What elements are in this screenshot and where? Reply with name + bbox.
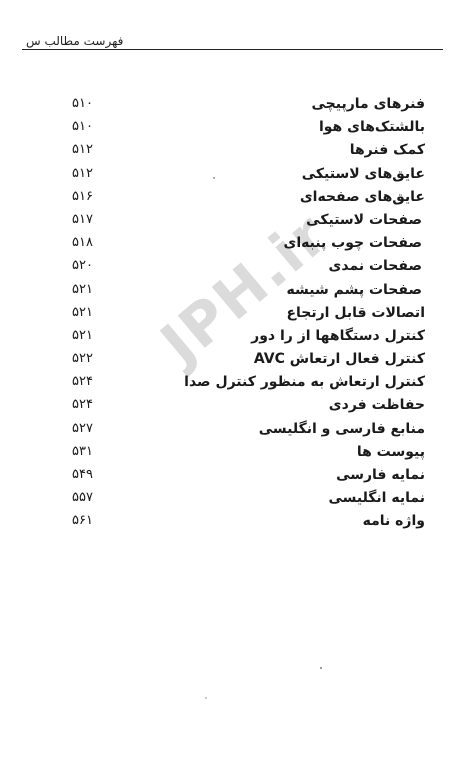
scan-speck bbox=[213, 177, 215, 179]
toc-entry[interactable]: عایق‌های لاستیکی ۵۱۲ bbox=[0, 164, 465, 187]
toc-entry[interactable]: صفحات نمدی ۵۲۰ bbox=[0, 256, 465, 279]
scan-speck bbox=[320, 667, 322, 669]
toc-entry-page: ۵۴۹ bbox=[72, 465, 93, 485]
toc-entry-page: ۵۱۶ bbox=[72, 187, 93, 207]
toc-entry-page: ۵۳۱ bbox=[72, 442, 93, 462]
toc-entry-page: ۵۲۲ bbox=[72, 349, 93, 369]
toc-entry-title: منابع فارسی و انگلیسی bbox=[259, 419, 425, 439]
toc-entry-page: ۵۱۸ bbox=[72, 233, 93, 253]
document-page: فهرست مطالب س JPH.ir فنرهای مارپیچی ۵۱۰ … bbox=[0, 0, 465, 768]
toc-entry-page: ۵۱۲ bbox=[72, 140, 93, 160]
toc-entry-title: بالشتک‌های هوا bbox=[319, 117, 425, 137]
toc-entry[interactable]: صفحات پشم شیشه ۵۲۱ bbox=[0, 280, 465, 303]
toc-entry[interactable]: فنرهای مارپیچی ۵۱۰ bbox=[0, 94, 465, 117]
toc-entry[interactable]: کمک فنرها ۵۱۲ bbox=[0, 140, 465, 163]
toc-entry-title: صفحات چوب پنبه‌ای bbox=[283, 233, 422, 253]
toc-entry[interactable]: کنترل دستگاهها از را دور ۵۲۱ bbox=[0, 326, 465, 349]
toc-entry-title: کنترل ارتعاش به منظور کنترل صدا bbox=[184, 372, 425, 392]
toc-entry[interactable]: کنترل ارتعاش به منظور کنترل صدا ۵۲۴ bbox=[0, 372, 465, 395]
toc-entry-page: ۵۲۱ bbox=[72, 326, 93, 346]
toc-entry-page: ۵۲۴ bbox=[72, 372, 93, 392]
toc-entry[interactable]: صفحات چوب پنبه‌ای ۵۱۸ bbox=[0, 233, 465, 256]
toc-entry-page: ۵۲۱ bbox=[72, 280, 93, 300]
toc-entry-title: صفحات نمدی bbox=[329, 256, 422, 276]
toc-entry[interactable]: واژه نامه ۵۶۱ bbox=[0, 511, 465, 534]
toc-entry[interactable]: اتصالات قابل ارتجاع ۵۲۱ bbox=[0, 303, 465, 326]
table-of-contents: فنرهای مارپیچی ۵۱۰ بالشتک‌های هوا ۵۱۰ کم… bbox=[0, 94, 465, 535]
toc-entry-title: عایق‌های صفحه‌ای bbox=[300, 187, 425, 207]
toc-entry[interactable]: بالشتک‌های هوا ۵۱۰ bbox=[0, 117, 465, 140]
toc-entry-page: ۵۱۰ bbox=[72, 117, 93, 137]
toc-entry[interactable]: پیوست ها ۵۳۱ bbox=[0, 442, 465, 465]
toc-entry-title: اتصالات قابل ارتجاع bbox=[286, 303, 425, 323]
running-header: فهرست مطالب س bbox=[22, 34, 443, 50]
toc-entry[interactable]: نمایه فارسی ۵۴۹ bbox=[0, 465, 465, 488]
toc-entry-title: صفحات لاستیکی bbox=[306, 210, 422, 230]
toc-entry[interactable]: کنترل فعال ارتعاش AVC ۵۲۲ bbox=[0, 349, 465, 372]
toc-entry[interactable]: عایق‌های صفحه‌ای ۵۱۶ bbox=[0, 187, 465, 210]
toc-entry-page: ۵۲۰ bbox=[72, 256, 93, 276]
scan-speck bbox=[205, 697, 207, 699]
toc-entry-page: ۵۲۷ bbox=[72, 419, 93, 439]
toc-entry-page: ۵۱۷ bbox=[72, 210, 93, 230]
header-divider bbox=[22, 49, 443, 50]
toc-entry[interactable]: صفحات لاستیکی ۵۱۷ bbox=[0, 210, 465, 233]
toc-entry-title: نمایه انگلیسی bbox=[328, 488, 425, 508]
toc-entry-page: ۵۱۲ bbox=[72, 164, 93, 184]
toc-entry-page: ۵۲۴ bbox=[72, 395, 93, 415]
toc-entry-title: فنرهای مارپیچی bbox=[312, 94, 425, 114]
toc-entry-page: ۵۱۰ bbox=[72, 94, 93, 114]
toc-entry-title: کنترل فعال ارتعاش AVC bbox=[254, 349, 425, 369]
toc-entry-title: کنترل دستگاهها از را دور bbox=[251, 326, 425, 346]
toc-entry-title: حفاظت فردی bbox=[329, 395, 425, 415]
header-title: فهرست مطالب س bbox=[26, 34, 123, 48]
toc-entry-page: ۵۵۷ bbox=[72, 488, 93, 508]
toc-entry-title: پیوست ها bbox=[357, 442, 425, 462]
toc-entry-title: عایق‌های لاستیکی bbox=[302, 164, 425, 184]
toc-entry[interactable]: حفاظت فردی ۵۲۴ bbox=[0, 395, 465, 418]
toc-entry-title: صفحات پشم شیشه bbox=[287, 280, 422, 300]
toc-entry-title: نمایه فارسی bbox=[336, 465, 425, 485]
toc-entry-title: کمک فنرها bbox=[350, 140, 425, 160]
toc-entry-title: واژه نامه bbox=[363, 511, 425, 531]
toc-entry[interactable]: نمایه انگلیسی ۵۵۷ bbox=[0, 488, 465, 511]
toc-entry-page: ۵۲۱ bbox=[72, 303, 93, 323]
toc-entry-page: ۵۶۱ bbox=[72, 511, 93, 531]
toc-entry[interactable]: منابع فارسی و انگلیسی ۵۲۷ bbox=[0, 419, 465, 442]
